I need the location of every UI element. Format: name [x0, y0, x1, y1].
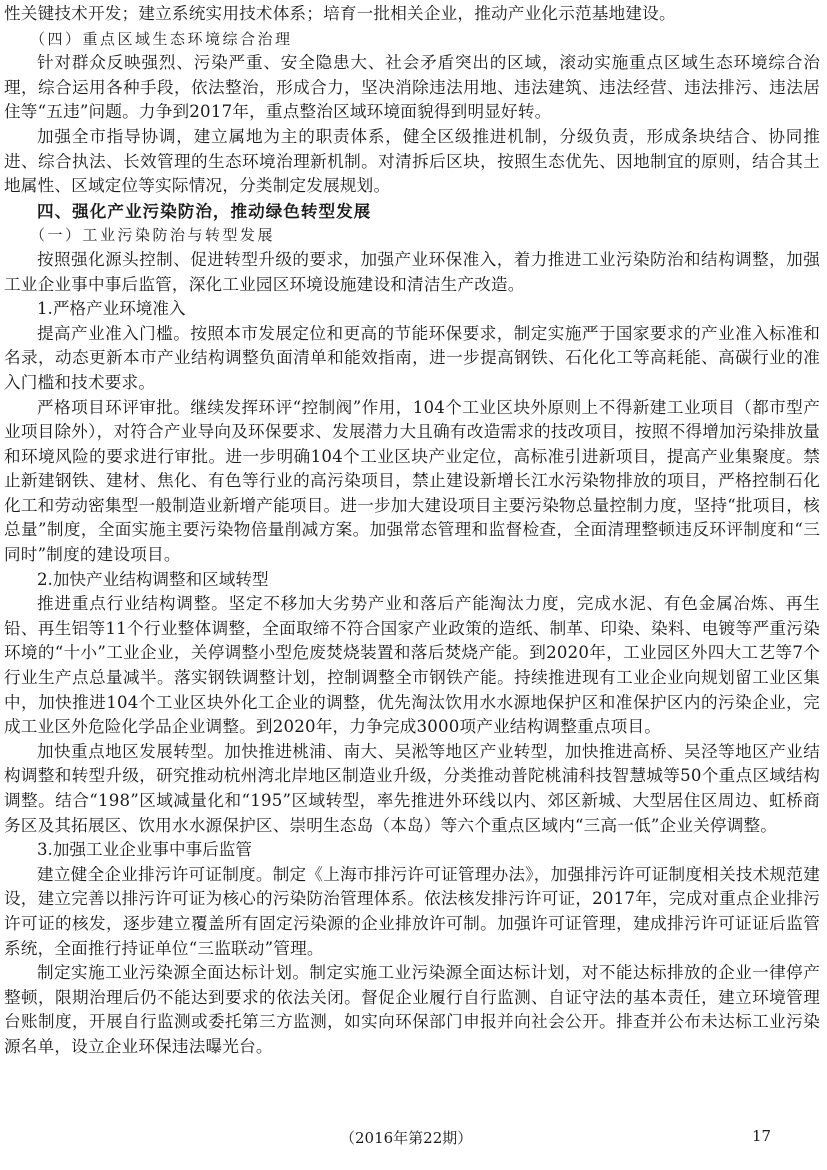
paragraph: 建立健全企业排污许可证制度。制定《上海市排污许可证管理办法》，加强排污许可证制度…	[4, 863, 820, 961]
paragraph: 按照强化源头控制、促进转型升级的要求，加强产业环保准入，着力推进工业污染防治和结…	[4, 248, 820, 297]
numbered-heading-1: 1.严格产业环境准入	[4, 297, 820, 322]
page-number: 17	[752, 1127, 771, 1145]
numbered-heading-3: 3.加强工业企业事中事后监管	[4, 838, 820, 863]
paragraph-continued: 性关键技术开发；建立系统实用技术体系；培育一批相关企业，推动产业化示范基地建设。	[4, 2, 820, 27]
paragraph: 提高产业准入门槛。按照本市发展定位和更高的节能环保要求，制定实施严于国家要求的产…	[4, 322, 820, 396]
issue-label: （2016年第22期）	[340, 1127, 472, 1148]
subheading-4: （四）重点区域生态环境综合治理	[4, 27, 820, 52]
paragraph: 严格项目环评审批。继续发挥环评“控制阀”作用，104个工业区块外原则上不得新建工…	[4, 396, 820, 568]
document-page: 性关键技术开发；建立系统实用技术体系；培育一批相关企业，推动产业化示范基地建设。…	[4, 2, 820, 1060]
numbered-heading-2: 2.加快产业结构调整和区域转型	[4, 568, 820, 593]
paragraph: 针对群众反映强烈、污染严重、安全隐患大、社会矛盾突出的区域，滚动实施重点区域生态…	[4, 51, 820, 125]
paragraph: 推进重点行业结构调整。坚定不移加大劣势产业和落后产能淘汰力度，完成水泥、有色金属…	[4, 592, 820, 740]
paragraph: 制定实施工业污染源全面达标计划。制定实施工业污染源全面达标计划，对不能达标排放的…	[4, 961, 820, 1059]
section-heading-4: 四、强化产业污染防治，推动绿色转型发展	[4, 199, 820, 224]
page-footer: （2016年第22期） 17	[0, 1127, 827, 1151]
subheading-1: （一）工业污染防治与转型发展	[4, 223, 820, 248]
paragraph: 加快重点地区发展转型。加快推进桃浦、南大、吴淞等地区产业转型，加快推进高桥、吴泾…	[4, 740, 820, 838]
paragraph: 加强全市指导协调，建立属地为主的职责体系，健全区级推进机制，分级负责，形成条块结…	[4, 125, 820, 199]
